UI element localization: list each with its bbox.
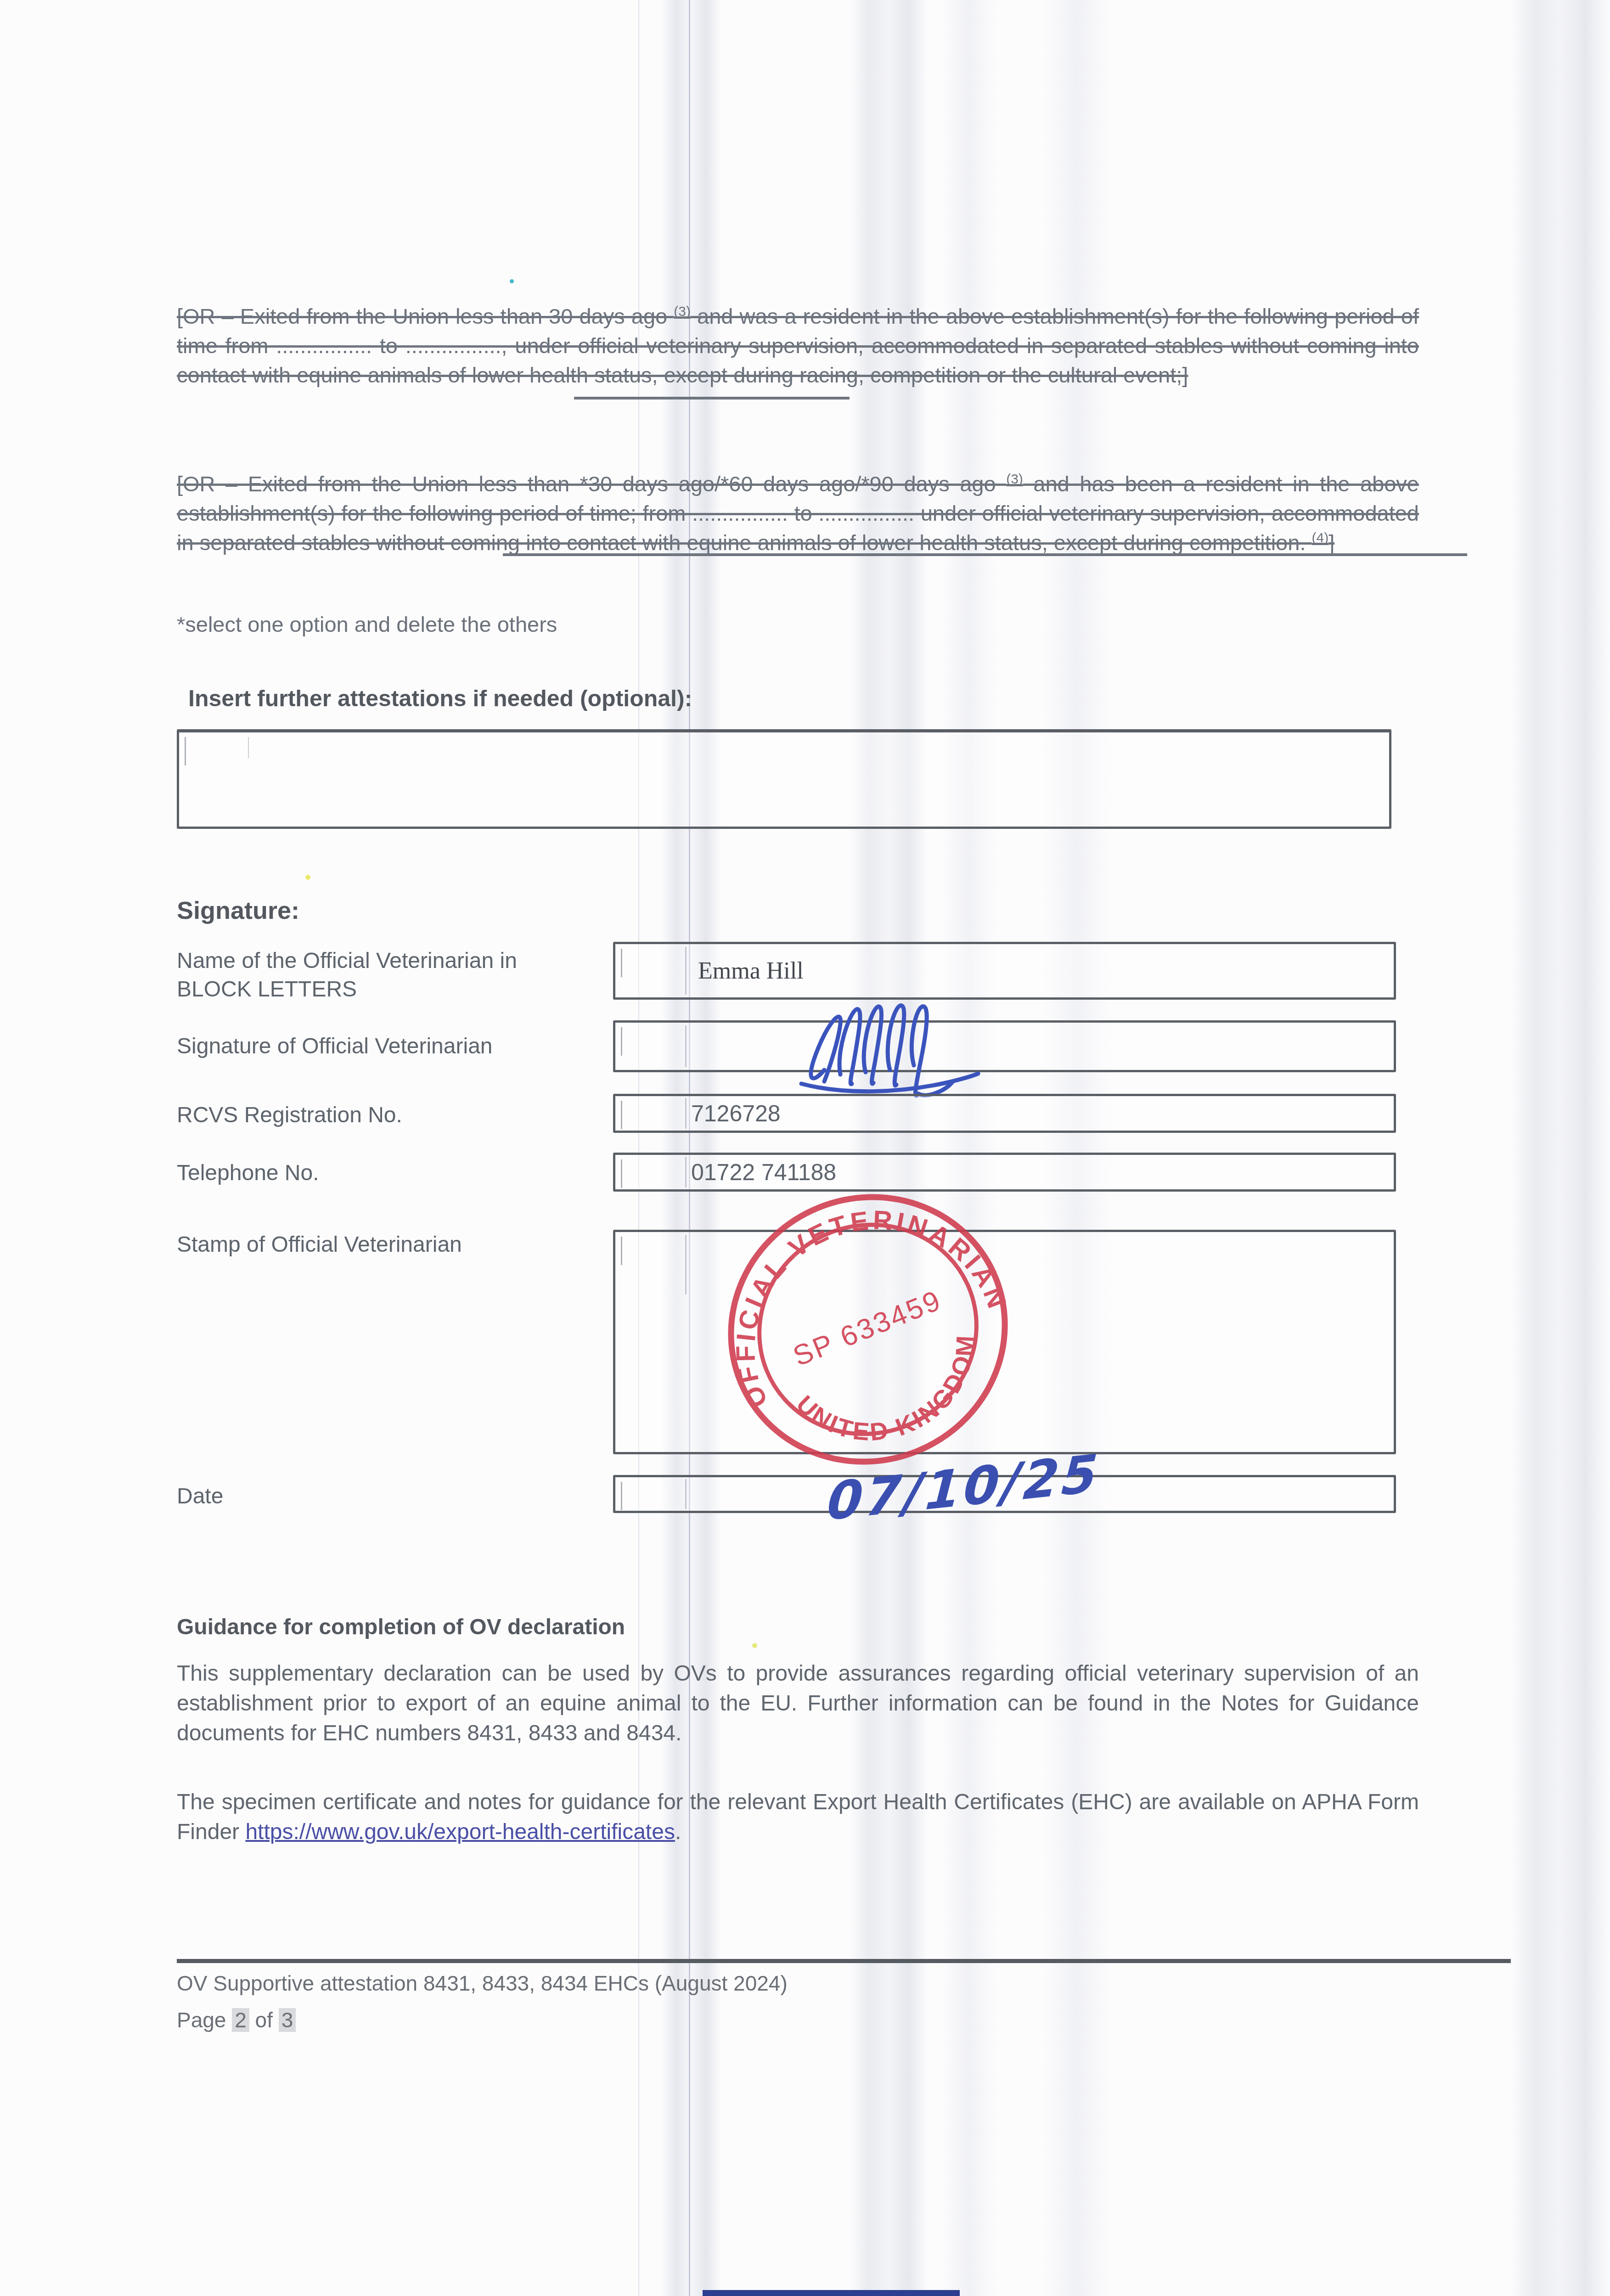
scan-speck xyxy=(510,279,514,283)
name-label: Name of the Official Veterinarian in BLO… xyxy=(177,947,517,1004)
page-prefix: Page xyxy=(177,2008,232,2032)
scan-artifact-bottom-strip xyxy=(703,2290,960,2296)
footer-document-title: OV Supportive attestation 8431, 8433, 84… xyxy=(177,1971,788,1996)
footnote-ref-3: (3) xyxy=(1006,472,1023,487)
signature-scribble xyxy=(781,996,1084,1102)
signature-heading: Signature: xyxy=(177,896,299,925)
page-of: of xyxy=(249,2008,279,2032)
rcvs-label: RCVS Registration No. xyxy=(177,1101,402,1130)
field-divider xyxy=(685,1157,687,1187)
telephone-value: 01722 741188 xyxy=(691,1159,836,1186)
scan-streak-band xyxy=(1511,0,1610,2296)
footer-page-indicator: Page 2 of 3 xyxy=(177,2008,296,2032)
struck-option-paragraph-2: [OR – Exited from the Union less than *3… xyxy=(177,469,1419,557)
page-total-badge: 3 xyxy=(279,2008,296,2032)
field-divider xyxy=(685,1098,687,1129)
signature-label: Signature of Official Veterinarian xyxy=(177,1032,493,1061)
scan-speck xyxy=(752,1643,757,1648)
official-veterinarian-stamp: OFFICIAL VETERINARIAN UNITED KINGDOM SP … xyxy=(719,1192,1017,1467)
paragraph-text: [OR – Exited from the Union less than 30… xyxy=(177,304,674,328)
attestations-input-box[interactable] xyxy=(177,729,1391,829)
attestations-heading: Insert further attestations if needed (o… xyxy=(188,685,692,712)
footer-rule xyxy=(177,1959,1511,1963)
select-option-note: *select one option and delete the others xyxy=(177,612,557,637)
field-tick xyxy=(621,1101,622,1129)
field-divider xyxy=(685,1235,687,1294)
document-page: [OR – Exited from the Union less than 30… xyxy=(0,0,1610,2296)
footnote-ref-3: (3) xyxy=(674,304,691,319)
footnote-ref-4: (4) xyxy=(1312,530,1329,546)
guidance-heading: Guidance for completion of OV declaratio… xyxy=(177,1615,625,1640)
export-health-certificates-link[interactable]: https://www.gov.uk/export-health-certifi… xyxy=(245,1820,675,1844)
stamp-center-text: SP 633459 xyxy=(789,1284,946,1373)
field-tick xyxy=(621,1027,622,1056)
scan-speck xyxy=(305,875,310,880)
field-divider xyxy=(685,1479,687,1509)
paragraph-text: ] xyxy=(1329,530,1334,555)
stamp-label: Stamp of Official Veterinarian xyxy=(177,1231,462,1259)
struck-option-paragraph-1: [OR – Exited from the Union less than 30… xyxy=(177,302,1419,390)
guidance-paragraph-1: This supplementary declaration can be us… xyxy=(177,1659,1419,1748)
strike-trail-line xyxy=(503,553,1467,556)
field-tick xyxy=(621,949,622,977)
field-tick xyxy=(248,737,249,758)
name-value: Emma Hill xyxy=(698,957,804,985)
strike-trail-line xyxy=(574,397,850,400)
name-label-line2: BLOCK LETTERS xyxy=(177,975,517,1004)
guidance-paragraph-2: The specimen certificate and notes for g… xyxy=(177,1787,1419,1847)
field-tick xyxy=(621,1482,622,1510)
telephone-label: Telephone No. xyxy=(177,1159,319,1187)
name-label-line1: Name of the Official Veterinarian in xyxy=(177,947,517,975)
field-divider xyxy=(685,1025,687,1067)
date-label: Date xyxy=(177,1482,223,1511)
page-number-badge: 2 xyxy=(232,2008,249,2032)
field-tick xyxy=(621,1237,622,1265)
field-tick xyxy=(621,1159,622,1188)
guidance-paragraph-2-end: . xyxy=(675,1820,681,1844)
paragraph-text: [OR – Exited from the Union less than *3… xyxy=(177,472,1006,496)
field-tick xyxy=(185,737,186,765)
rcvs-value: 7126728 xyxy=(691,1100,781,1127)
field-divider xyxy=(685,947,687,995)
